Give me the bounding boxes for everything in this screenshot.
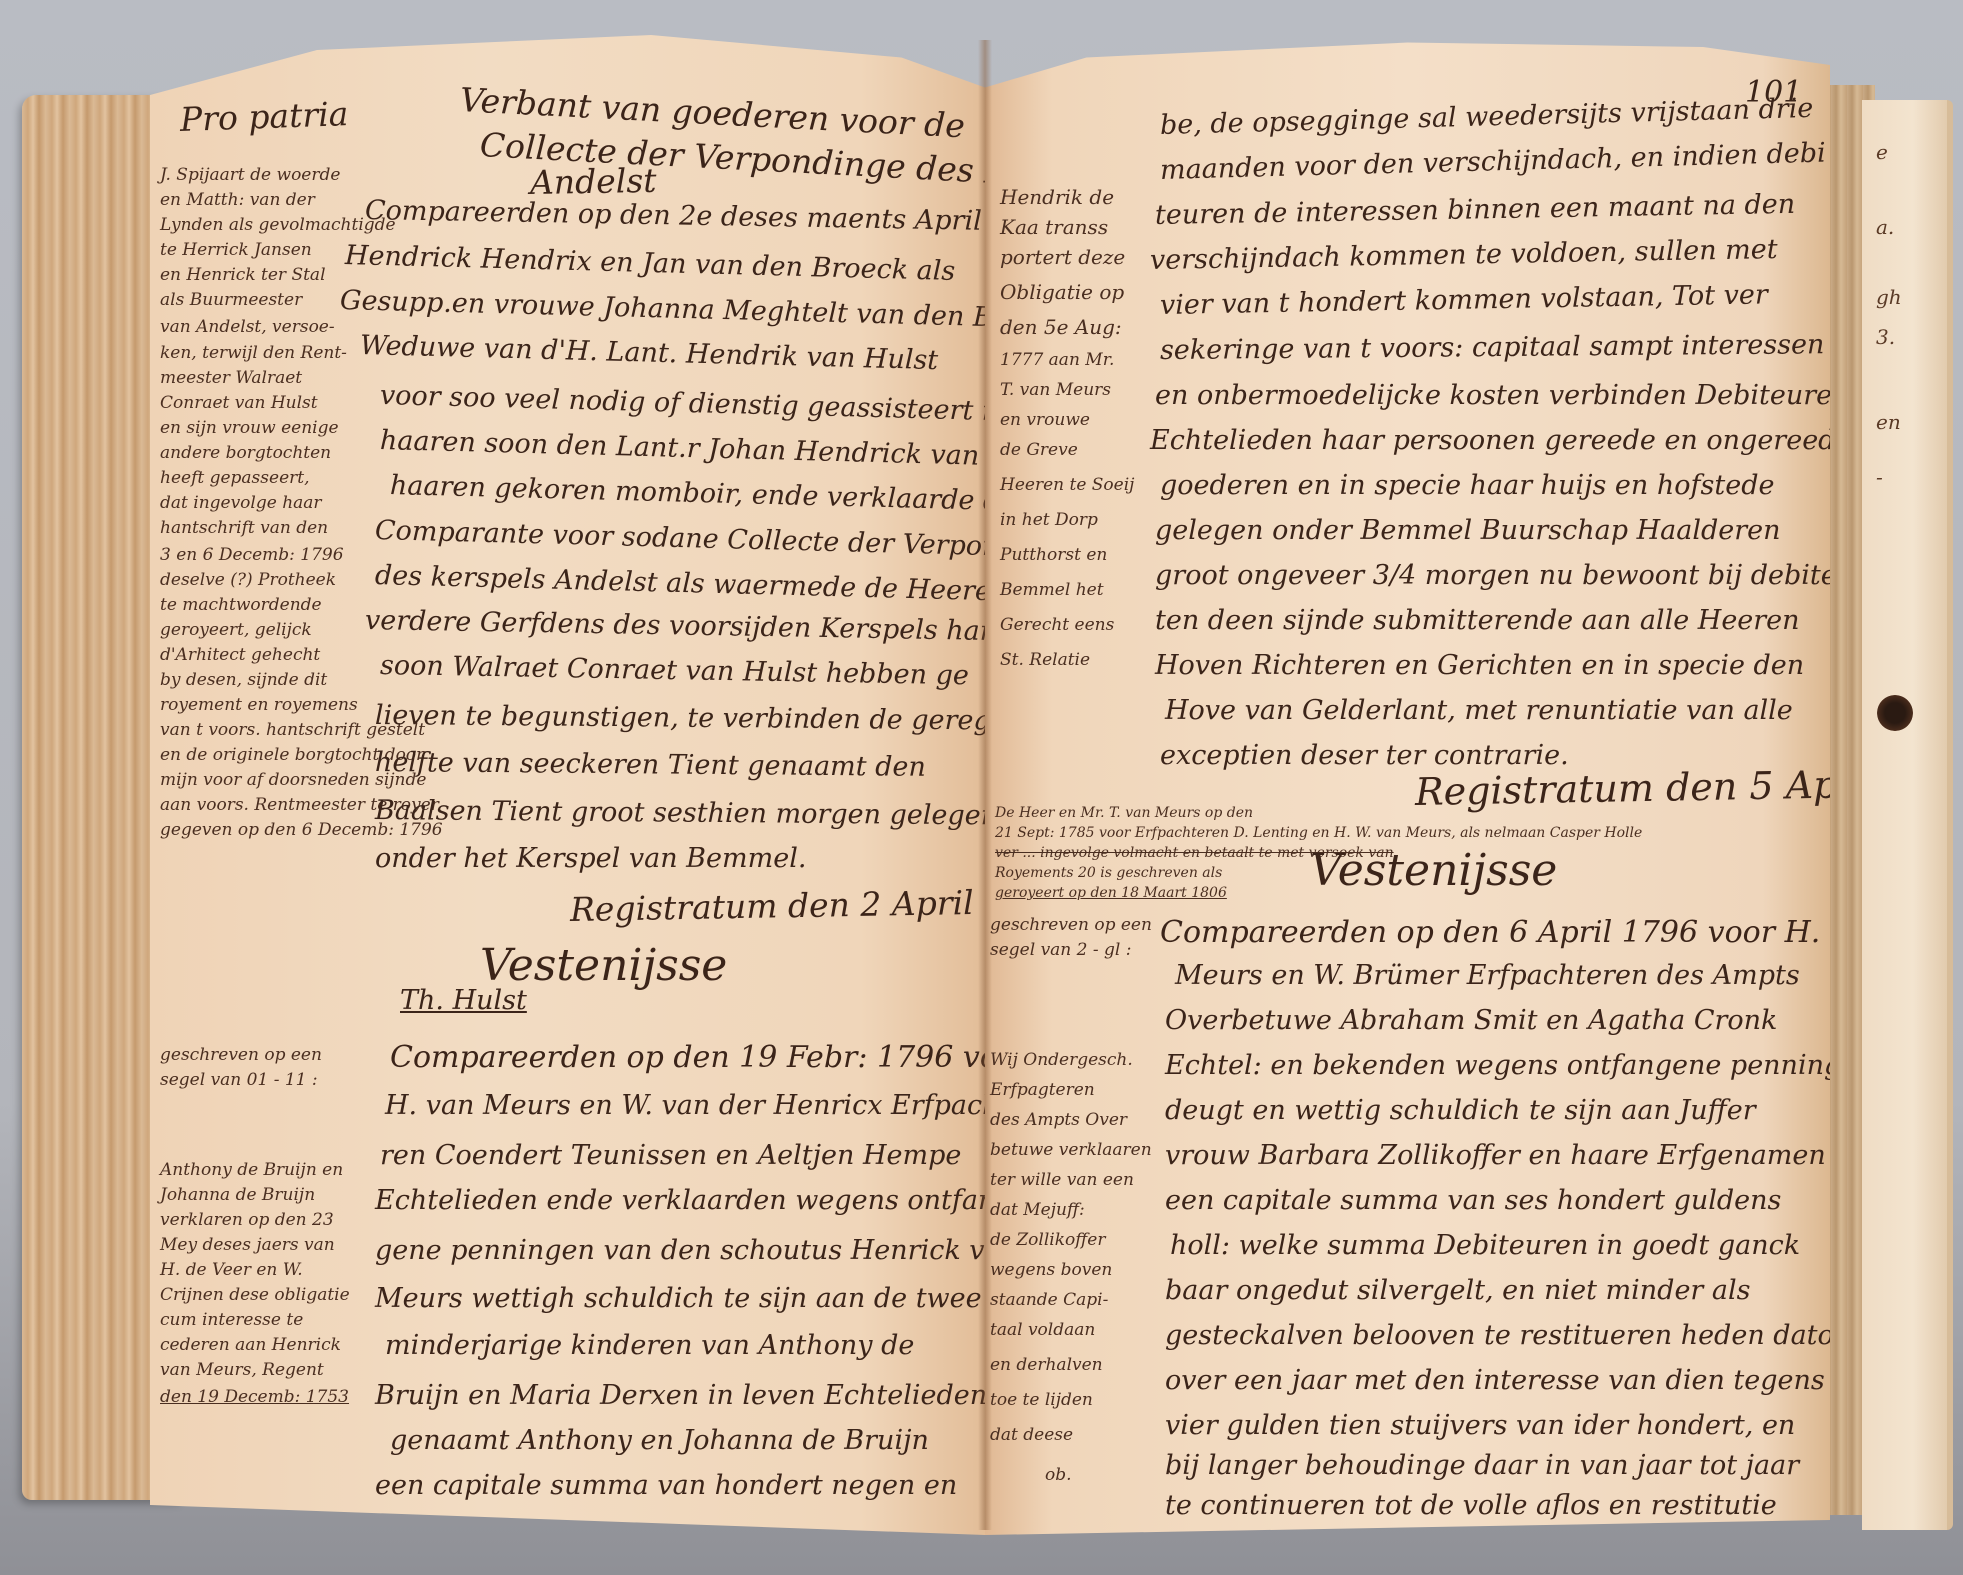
- flyleaf-mark: gh: [1876, 285, 1902, 309]
- margin-note: den 19 Decemb: 1753: [160, 1387, 349, 1407]
- margin-note: cum interesse te: [160, 1310, 303, 1330]
- margin-note: dat ingevolge haar: [160, 493, 322, 513]
- entry-line: en onbermoedelijcke kosten verbinden Deb…: [1155, 380, 1830, 411]
- margin-note: te machtwordende: [160, 595, 322, 615]
- signature: Vestenijsse: [1310, 845, 1557, 896]
- entry-line: Gesupp.en vrouwe Johanna Meghtelt van de…: [340, 285, 985, 335]
- signature: Vestenijsse: [480, 940, 727, 991]
- entry-line: Compareerden op den 6 April 1796 voor H.…: [1160, 915, 1830, 950]
- margin-note: verklaren op den 23: [160, 1210, 334, 1230]
- margin-note: Obligatie op: [1000, 280, 1124, 304]
- margin-note: T. van Meurs: [1000, 380, 1111, 400]
- entry-line: vier van t hondert kommen volstaan, Tot …: [1160, 279, 1768, 321]
- margin-note: ken, terwijl den Rent-: [160, 343, 347, 363]
- flyleaf-mark: en: [1876, 410, 1901, 434]
- open-ledger: e a. gh 3. en - Pro patria Verbant van g…: [0, 0, 1963, 1575]
- margin-note: ter wille van een: [990, 1170, 1134, 1190]
- entry-line: groot ongeveer 3/4 morgen nu bewoont bij…: [1155, 560, 1830, 591]
- book-gutter: [978, 40, 992, 1530]
- header-pro-patria: Pro patria: [179, 94, 349, 139]
- margin-note: en derhalven: [990, 1355, 1103, 1375]
- margin-note: Erfpagteren: [990, 1080, 1095, 1100]
- margin-note: toe te lijden: [990, 1390, 1093, 1410]
- margin-note: en sijn vrouw eenige: [160, 418, 339, 438]
- flyleaf-mark: -: [1876, 465, 1883, 489]
- margin-note: geroyeert, gelijck: [160, 620, 312, 640]
- margin-note: Lynden als gevolmachtigde: [160, 215, 396, 235]
- margin-note: by desen, sijnde dit: [160, 670, 327, 690]
- margin-note: deselve (?) Protheek: [160, 570, 336, 590]
- entry-title-line: Andelst: [530, 161, 657, 202]
- margin-note: geschreven op een: [990, 915, 1152, 935]
- margin-note: Gerecht eens: [1000, 615, 1114, 635]
- entry-line: lieven te begunstigen, te verbinden de g…: [375, 700, 985, 737]
- entry-line: verdere Gerfdens des voorsijden Kerspels…: [365, 605, 985, 648]
- margin-note: betuwe verklaaren: [990, 1140, 1152, 1160]
- entry-line: Meurs en W. Brümer Erfpachteren des Ampt…: [1175, 960, 1800, 991]
- margin-note: in het Dorp: [1000, 510, 1098, 530]
- entry-line: Echtelieden ende verklaarden wegens ontf…: [375, 1185, 985, 1216]
- margin-note: royement en royemens: [160, 695, 358, 715]
- entry-line: des kerspels Andelst als waermede de Hee…: [375, 560, 985, 609]
- margin-note: van Meurs, Regent: [160, 1360, 324, 1380]
- margin-note: Hendrik de: [1000, 185, 1114, 209]
- entry-line: vrouw Barbara Zollikoffer en haare Erfge…: [1165, 1140, 1826, 1171]
- flyleaf-mark: a.: [1876, 215, 1894, 239]
- signature-sub: Th. Hulst: [400, 985, 527, 1016]
- margin-note: Crijnen dese obligatie: [160, 1285, 350, 1305]
- entry-line: genaamt Anthony en Johanna de Bruijn: [390, 1425, 929, 1456]
- margin-note: te Herrick Jansen: [160, 240, 312, 260]
- entry-line: Echtel: en bekenden wegens ontfangene pe…: [1165, 1050, 1830, 1081]
- entry-line: exceptien deser ter contrarie.: [1160, 740, 1569, 771]
- margin-note: cederen aan Henrick: [160, 1335, 341, 1355]
- entry-line: be, de opsegginge sal weedersijts vrijst…: [1160, 93, 1814, 141]
- entry-line: soon Walraet Conraet van Hulst hebben ge: [380, 650, 969, 691]
- margin-note: hantschrift van den: [160, 518, 328, 538]
- margin-note: d'Arhitect gehecht: [160, 645, 320, 665]
- flyleaf-mark: e: [1876, 140, 1888, 164]
- entry-line: onder het Kerspel van Bemmel.: [375, 843, 806, 874]
- margin-note: portert deze: [1000, 245, 1125, 269]
- entry-line: Overbetuwe Abraham Smit en Agatha Cronk: [1165, 1005, 1777, 1036]
- margin-note: segel van 2 - gl :: [990, 940, 1131, 960]
- entry-line: bij langer behoudinge daar in van jaar t…: [1165, 1450, 1799, 1481]
- margin-note: 3 en 6 Decemb: 1796: [160, 545, 344, 565]
- entry-line: gesteckalven belooven te restitueren hed…: [1165, 1320, 1830, 1351]
- entry-line: deugt en wettig schuldich te sijn aan Ju…: [1165, 1095, 1756, 1126]
- margin-note: Royements 20 is geschreven als: [995, 865, 1222, 881]
- margin-note: segel van 01 - 11 :: [160, 1070, 318, 1090]
- margin-note: H. de Veer en W.: [160, 1260, 303, 1280]
- margin-note: Bemmel het: [1000, 580, 1104, 600]
- registratum-note: Registratum den 5 April 1796: [1415, 760, 1830, 814]
- margin-note: Johanna de Bruijn: [160, 1185, 315, 1205]
- margin-note: des Ampts Over: [990, 1110, 1127, 1130]
- margin-note: geroyeert op den 18 Maart 1806: [995, 885, 1227, 901]
- entry-line: Bruijn en Maria Derxen in leven Echtelie…: [375, 1380, 985, 1411]
- margin-note: Mey deses jaers van: [160, 1235, 335, 1255]
- registratum-note: Registratum den 2 April 1796: [570, 881, 985, 929]
- entry-line: baar ongedut silvergelt, en niet minder …: [1165, 1275, 1751, 1306]
- flyleaf-mark: 3.: [1876, 325, 1895, 349]
- margin-note: dat Mejuff:: [990, 1200, 1085, 1220]
- margin-note: 1777 aan Mr.: [1000, 350, 1114, 370]
- margin-note: van Andelst, versoe-: [160, 317, 335, 337]
- entry-line: Baalsen Tient groot sesthien morgen gele…: [375, 795, 985, 831]
- entry-line: holl: welke summa Debiteuren in goedt ga…: [1170, 1230, 1800, 1261]
- entry-line: maanden voor den verschijndach, en indie…: [1160, 138, 1826, 186]
- margin-note: Putthorst en: [1000, 545, 1107, 565]
- entry-line: minderjarige kinderen van Anthony de: [385, 1330, 914, 1361]
- margin-note: Conraet van Hulst: [160, 393, 318, 413]
- margin-note: taal voldaan: [990, 1320, 1095, 1340]
- margin-note: heeft gepasseert,: [160, 468, 310, 488]
- entry-line: Compareerden op den 19 Febr: 1796 voor: [390, 1040, 985, 1075]
- margin-note: als Buurmeester: [160, 290, 302, 310]
- entry-line: goederen en in specie haar huijs en hofs…: [1160, 470, 1774, 501]
- left-page: Pro patria Verbant van goederen voor de …: [150, 35, 985, 1535]
- entry-line: een capitale summa van ses hondert gulde…: [1165, 1185, 1781, 1216]
- entry-line: ren Coendert Teunissen en Aeltjen Hempe: [380, 1140, 961, 1171]
- margin-note: 21 Sept: 1785 voor Erfpachteren D. Lenti…: [995, 825, 1642, 841]
- margin-note: meester Walraet: [160, 368, 302, 388]
- margin-note: staande Capi-: [990, 1290, 1108, 1310]
- margin-note: wegens boven: [990, 1260, 1112, 1280]
- entry-line: Weduwe van d'H. Lant. Hendrik van Hulst: [360, 330, 939, 376]
- margin-note: en vrouwe: [1000, 410, 1090, 430]
- margin-note: dat deese: [990, 1425, 1073, 1445]
- margin-note: en Henrick ter Stal: [160, 265, 326, 285]
- right-page: 101 Hendrik de Kaa transs portert deze O…: [985, 35, 1830, 1535]
- entry-line: sekeringe van t voors: capitaal sampt in…: [1160, 329, 1825, 366]
- entry-line: gelegen onder Bemmel Buurschap Haalderen: [1155, 515, 1781, 546]
- entry-line: een capitale summa van hondert negen en: [375, 1470, 957, 1501]
- margin-note: Wij Ondergesch.: [990, 1050, 1133, 1070]
- margin-note: ob.: [1045, 1465, 1072, 1485]
- margin-note: Anthony de Bruijn en: [160, 1160, 343, 1180]
- entry-line: Echtelieden haar persoonen gereede en on…: [1150, 425, 1830, 456]
- entry-line: verschijndach kommen te voldoen, sullen …: [1150, 234, 1778, 276]
- entry-line: Hove van Gelderlant, met renuntiatie van…: [1165, 695, 1793, 726]
- entry-line: over een jaar met den interesse van dien…: [1165, 1365, 1825, 1396]
- entry-line: Meurs wettigh schuldich te sijn aan de t…: [375, 1283, 982, 1314]
- margin-note: geschreven op een: [160, 1045, 322, 1065]
- right-flyleaf: e a. gh 3. en -: [1862, 100, 1953, 1530]
- entry-line: Compareerden op den 2e deses maents Apri…: [365, 195, 985, 238]
- margin-note: De Heer en Mr. T. van Meurs op den: [995, 805, 1253, 821]
- entry-line: haaren gekoren momboir, ende verklaarde …: [390, 470, 985, 517]
- margin-note: de Greve: [1000, 440, 1078, 460]
- entry-line: gene penningen van den schoutus Henrick …: [375, 1235, 985, 1266]
- entry-line: teuren de interessen binnen een maant na…: [1155, 189, 1796, 231]
- entry-line: Hendrick Hendrix en Jan van den Broeck a…: [345, 240, 956, 287]
- entry-line: vier gulden tien stuijvers van ider hond…: [1165, 1410, 1795, 1441]
- entry-line: Comparante voor sodane Collecte der Verp…: [375, 515, 985, 564]
- margin-note: den 5e Aug:: [1000, 315, 1122, 339]
- margin-note: andere borgtochten: [160, 443, 331, 463]
- entry-line: Hoven Richteren en Gerichten en in speci…: [1155, 650, 1804, 681]
- margin-note: J. Spijaart de woerde: [160, 165, 340, 185]
- margin-note: en Matth: van der: [160, 190, 315, 210]
- margin-note: de Zollikoffer: [990, 1230, 1105, 1250]
- entry-line: helfte van seeckeren Tient genaamt den: [375, 747, 926, 783]
- entry-line: haaren soon den Lant.r Johan Hendrick va…: [380, 425, 985, 474]
- margin-note: Heeren te Soeij: [1000, 475, 1134, 495]
- entry-line: te continueren tot de volle aflos en res…: [1165, 1490, 1777, 1521]
- entry-line: H. van Meurs en W. van der Henricx Erfpa…: [385, 1090, 985, 1121]
- entry-line: ten deen sijnde submitterende aan alle H…: [1155, 605, 1800, 636]
- margin-note: St. Relatie: [1000, 650, 1090, 670]
- wax-blot: [1877, 695, 1913, 731]
- margin-note: Kaa transs: [1000, 215, 1108, 239]
- entry-line: voor soo veel nodig of dienstig geassist…: [380, 380, 985, 428]
